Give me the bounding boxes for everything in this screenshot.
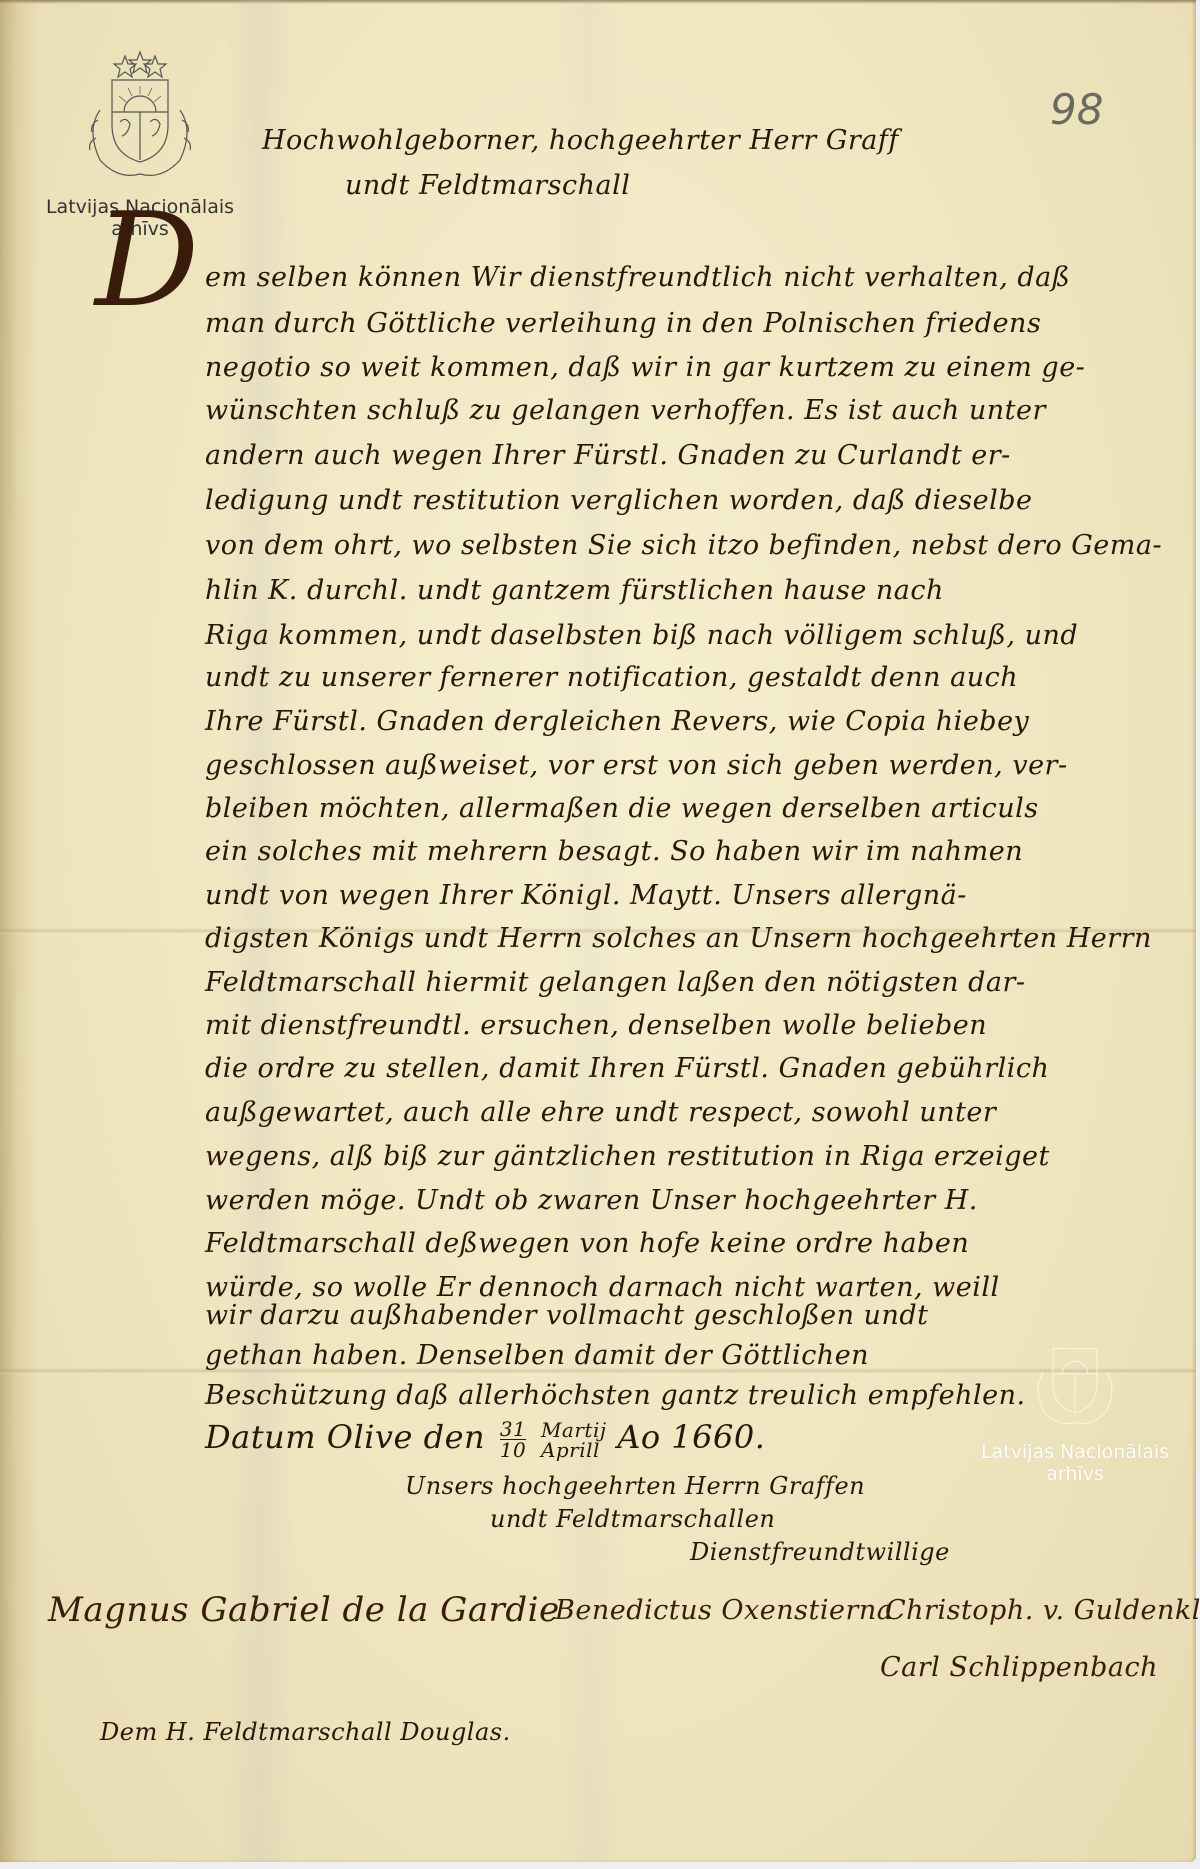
body-line: andern auch wegen Ihrer Fürstl. Gnaden z… (205, 440, 1011, 471)
body-line: von dem ohrt, wo selbsten Sie sich itzo … (205, 530, 1162, 561)
body-line: Beschützung daß allerhöchsten gantz treu… (205, 1380, 1026, 1411)
month-old-style: Martij (541, 1420, 607, 1440)
month-new-style: Aprill (541, 1440, 607, 1460)
latvian-coat-of-arms-icon (1020, 1325, 1130, 1435)
body-line: digsten Königs undt Herrn solches an Uns… (205, 923, 1152, 954)
body-line: würde, so wolle Er dennoch darnach nicht… (205, 1272, 1000, 1303)
signature-guldenklau: Christoph. v. Guldenklau (885, 1595, 1200, 1626)
closing-line-1: Unsers hochgeehrten Herrn Graffen (405, 1472, 865, 1500)
body-line: wegens, alß biß zur gäntzlichen restitut… (205, 1141, 1050, 1172)
archive-watermark-bottom: Latvijas Nacionālais arhīvs (955, 1325, 1195, 1485)
body-line: hlin K. durchl. undt gantzem fürstlichen… (205, 575, 944, 606)
address-line: Dem H. Feldtmarschall Douglas. (100, 1718, 511, 1746)
body-line: ledigung undt restitution verglichen wor… (205, 485, 1033, 516)
salutation-line-1: Hochwohlgeborner, hochgeehrter Herr Graf… (262, 125, 899, 156)
body-line: werden möge. Undt ob zwaren Unser hochge… (205, 1185, 978, 1216)
archive-name-line1: Latvijas Nacionālais (955, 1441, 1195, 1463)
dateline-suffix: Ao 1660. (617, 1418, 765, 1456)
folio-number: 98 (1050, 85, 1103, 134)
body-line: wir darzu außhabender vollmacht geschloß… (205, 1300, 928, 1331)
body-line: Feldtmarschall deßwegen von hofe keine o… (205, 1228, 969, 1259)
body-line: undt von wegen Ihrer Königl. Maytt. Unse… (205, 880, 967, 911)
dateline-prefix: Datum Olive den (205, 1418, 485, 1456)
closing-line-2: undt Feldtmarschallen (490, 1505, 775, 1533)
body-line: wünschten schluß zu gelangen verhoffen. … (205, 395, 1046, 426)
closing-line-3: Dienstfreundtwillige (690, 1538, 950, 1566)
body-line: negotio so weit kommen, daß wir in gar k… (205, 352, 1085, 383)
body-line: man durch Göttliche verleihung in den Po… (205, 308, 1041, 339)
body-line: em selben können Wir dienstfreundtlich n… (205, 262, 1070, 293)
day-old-style: 31 (500, 1419, 526, 1440)
body-line: bleiben möchten, allermaßen die wegen de… (205, 793, 1039, 824)
document-page: Latvijas Nacionālais arhīvs 98 Hochwohlg… (0, 0, 1196, 1862)
dateline: Datum Olive den 31 10 Martij Aprill Ao 1… (205, 1418, 765, 1460)
signature-schlippenbach: Carl Schlippenbach (880, 1652, 1158, 1683)
body-line: Riga kommen, undt daselbsten biß nach vö… (205, 620, 1078, 651)
body-line: die ordre zu stellen, damit Ihren Fürstl… (205, 1053, 1049, 1084)
body-line: mit dienstfreundtl. ersuchen, denselben … (205, 1010, 987, 1041)
body-line: gethan haben. Denselben damit der Göttli… (205, 1340, 869, 1371)
month-pair: Martij Aprill (541, 1420, 607, 1460)
body-line: geschlossen außweiset, vor erst von sich… (205, 750, 1068, 781)
body-line: Feldtmarschall hiermit gelangen laßen de… (205, 967, 1026, 998)
drop-cap-letter: D (95, 195, 199, 325)
archive-name-line2: arhīvs (955, 1463, 1195, 1485)
date-fraction: 31 10 (500, 1419, 526, 1460)
body-line: Ihre Fürstl. Gnaden dergleichen Revers, … (205, 706, 1029, 737)
signature-oxenstierna: Benedictus Oxenstierna (555, 1595, 893, 1626)
day-new-style: 10 (500, 1440, 526, 1460)
body-line: außgewartet, auch alle ehre undt respect… (205, 1097, 996, 1128)
signature-de-la-gardie: Magnus Gabriel de la Gardie (48, 1590, 560, 1630)
body-line: ein solches mit mehrern besagt. So haben… (205, 836, 1023, 867)
latvian-coat-of-arms-icon (70, 50, 210, 190)
body-line: undt zu unserer fernerer notification, g… (205, 662, 1018, 693)
salutation-line-2: undt Feldtmarschall (345, 170, 630, 201)
